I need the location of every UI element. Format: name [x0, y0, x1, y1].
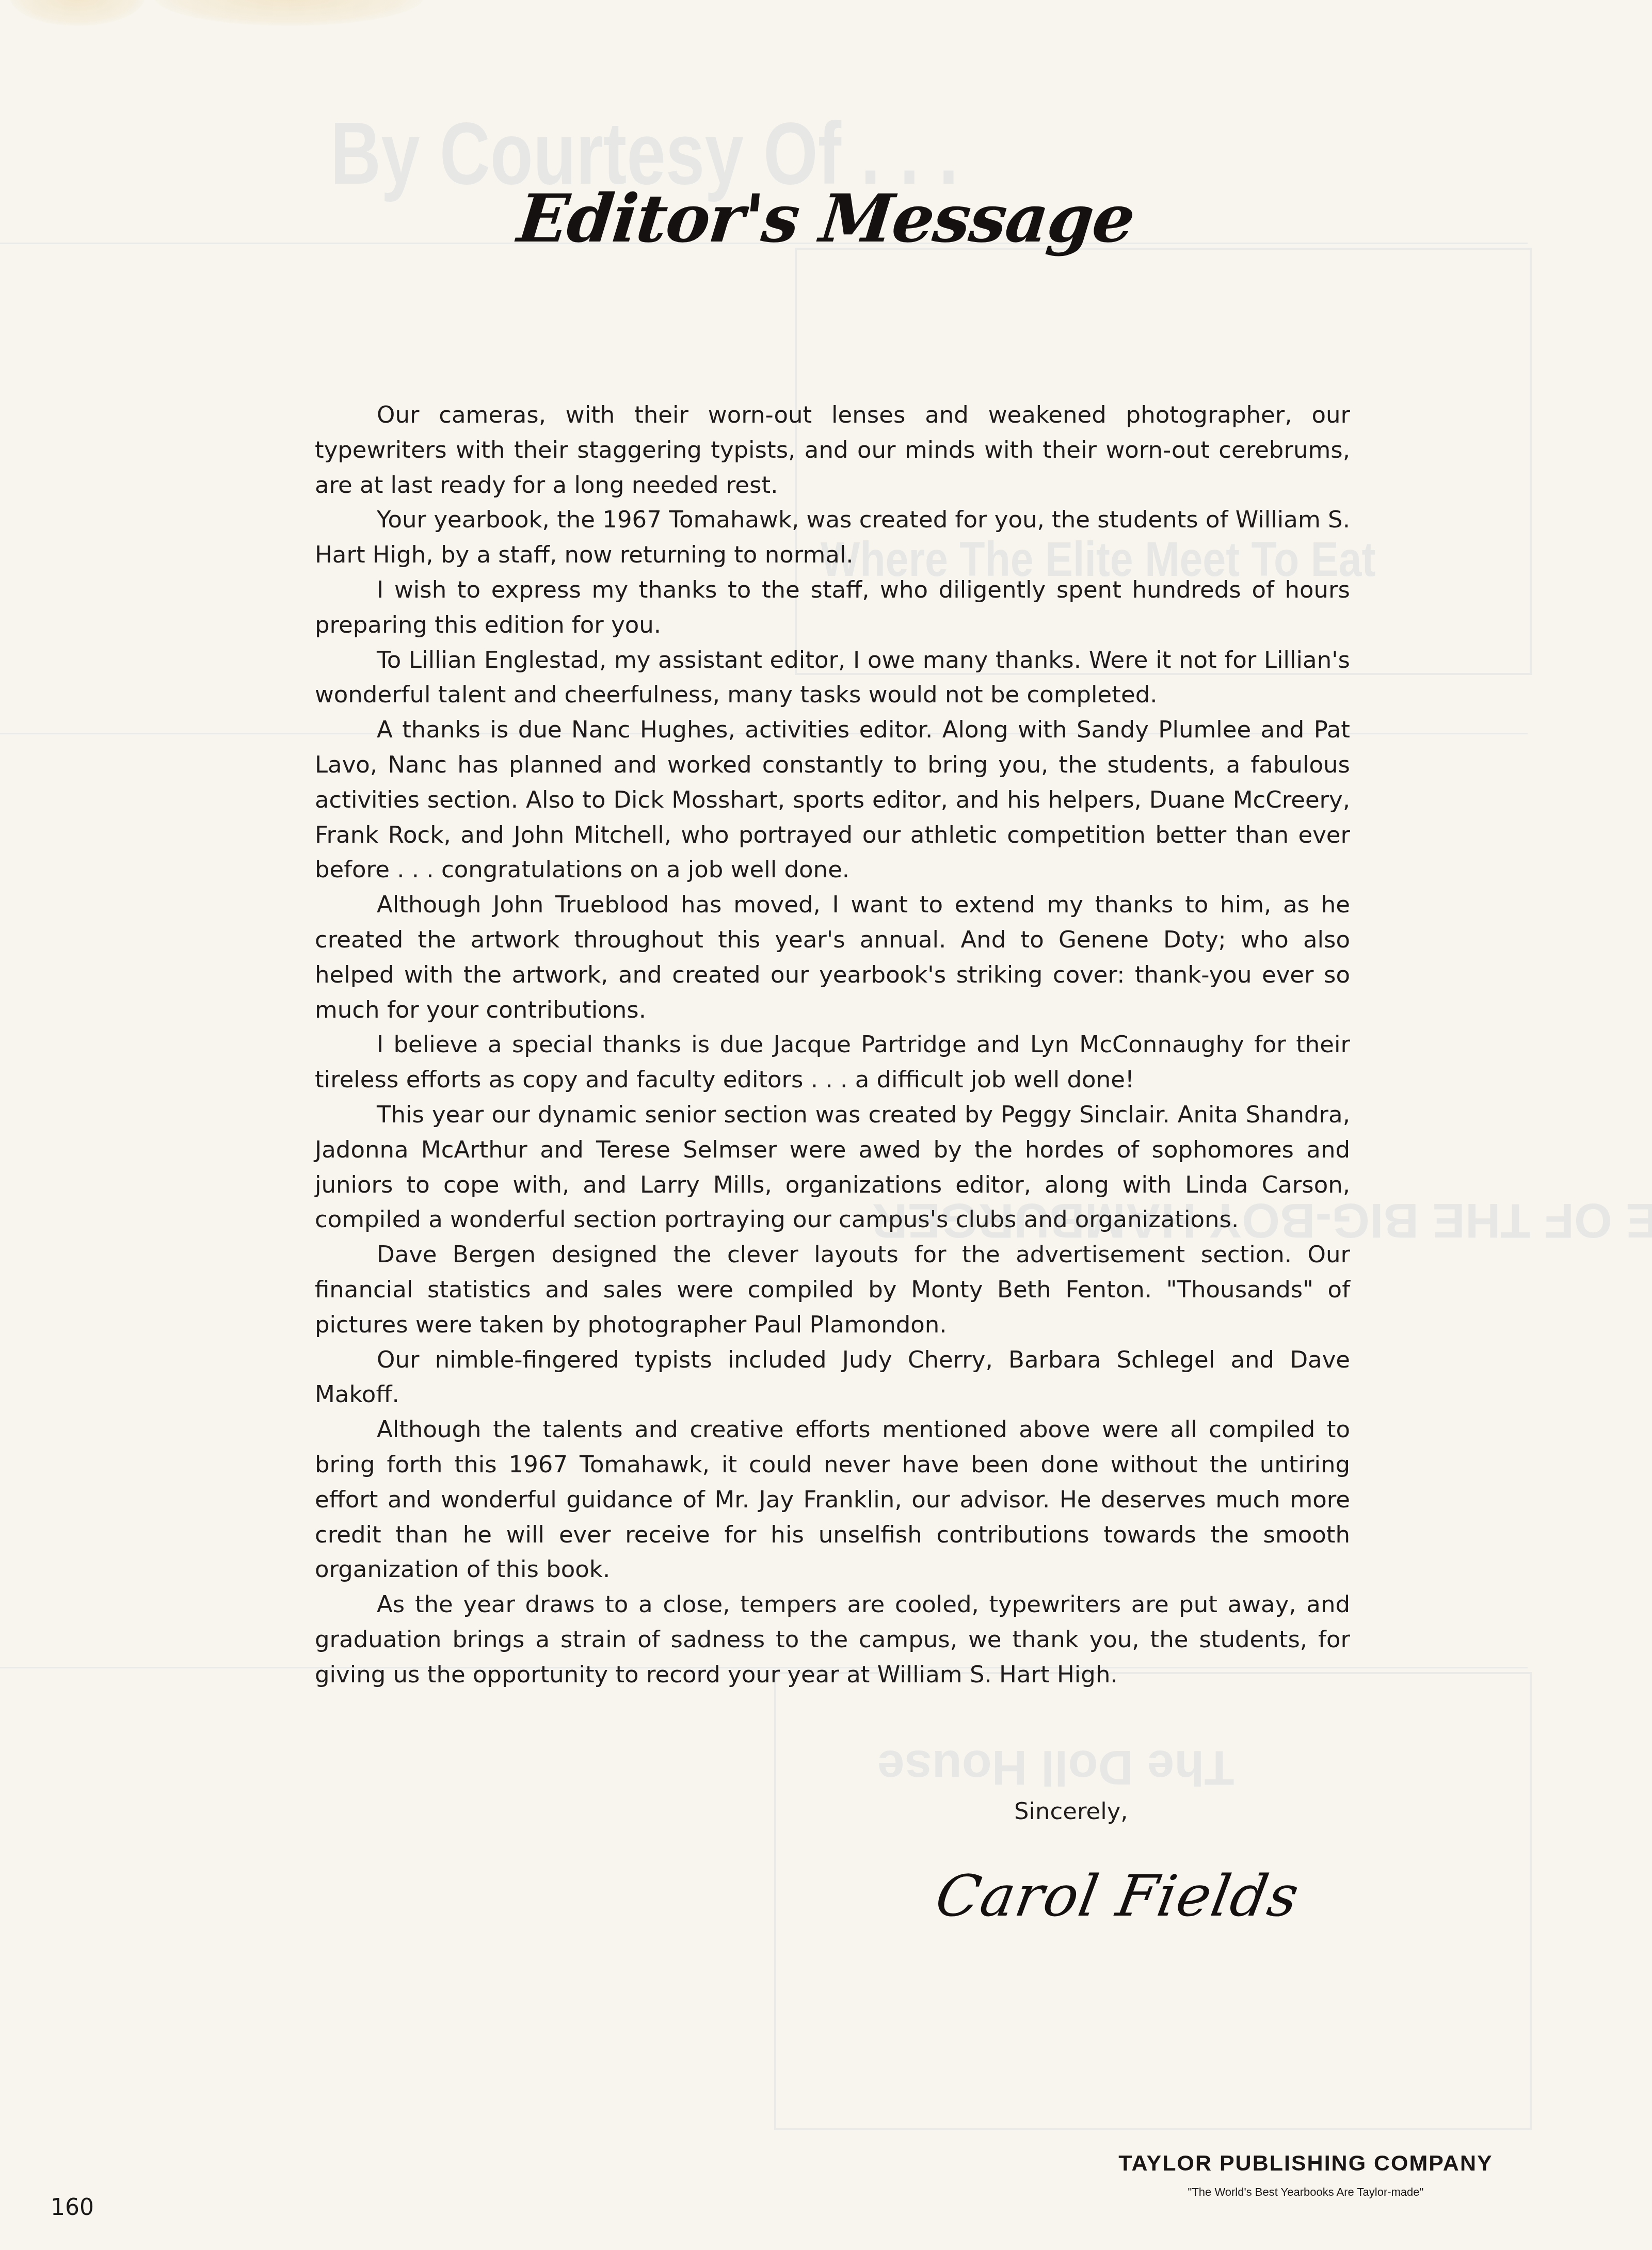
- publisher-slogan: "The World's Best Yearbooks Are Taylor-m…: [1099, 2185, 1512, 2199]
- message-paragraph: Our cameras, with their worn-out lenses …: [315, 397, 1350, 502]
- publisher-imprint: TAYLOR PUBLISHING COMPANY "The World's B…: [1099, 2151, 1512, 2199]
- message-paragraph: Dave Bergen designed the clever layouts …: [315, 1237, 1350, 1342]
- paper-stain: [10, 0, 145, 26]
- message-paragraph: Our nimble-fingered typists included Jud…: [315, 1342, 1350, 1412]
- publisher-name: TAYLOR PUBLISHING COMPANY: [1099, 2151, 1512, 2176]
- signature-name: Carol Fields: [931, 1863, 1305, 1929]
- message-paragraph: To Lillian Englestad, my assistant edito…: [315, 642, 1350, 713]
- message-paragraph: As the year draws to a close, tempers ar…: [315, 1587, 1350, 1692]
- show-through-ad-text: The Doll House: [877, 1739, 1234, 1795]
- message-paragraph: A thanks is due Nanc Hughes, activities …: [315, 712, 1350, 887]
- page-number: 160: [51, 2194, 94, 2221]
- paper-stain: [155, 0, 423, 26]
- message-paragraph: Your yearbook, the 1967 Tomahawk, was cr…: [315, 502, 1350, 572]
- message-paragraph: Although the talents and creative effort…: [315, 1412, 1350, 1587]
- message-paragraph: This year our dynamic senior section was…: [315, 1097, 1350, 1237]
- closing-salutation: Sincerely,: [1014, 1797, 1128, 1825]
- message-paragraph: I wish to express my thanks to the staff…: [315, 572, 1350, 642]
- signature: Carol Fields: [937, 1863, 1365, 1946]
- message-body: Our cameras, with their worn-out lenses …: [315, 397, 1350, 1692]
- message-paragraph: I believe a special thanks is due Jacque…: [315, 1027, 1350, 1097]
- message-paragraph: Although John Trueblood has moved, I wan…: [315, 887, 1350, 1027]
- page-title: Editor's Message: [0, 186, 1652, 252]
